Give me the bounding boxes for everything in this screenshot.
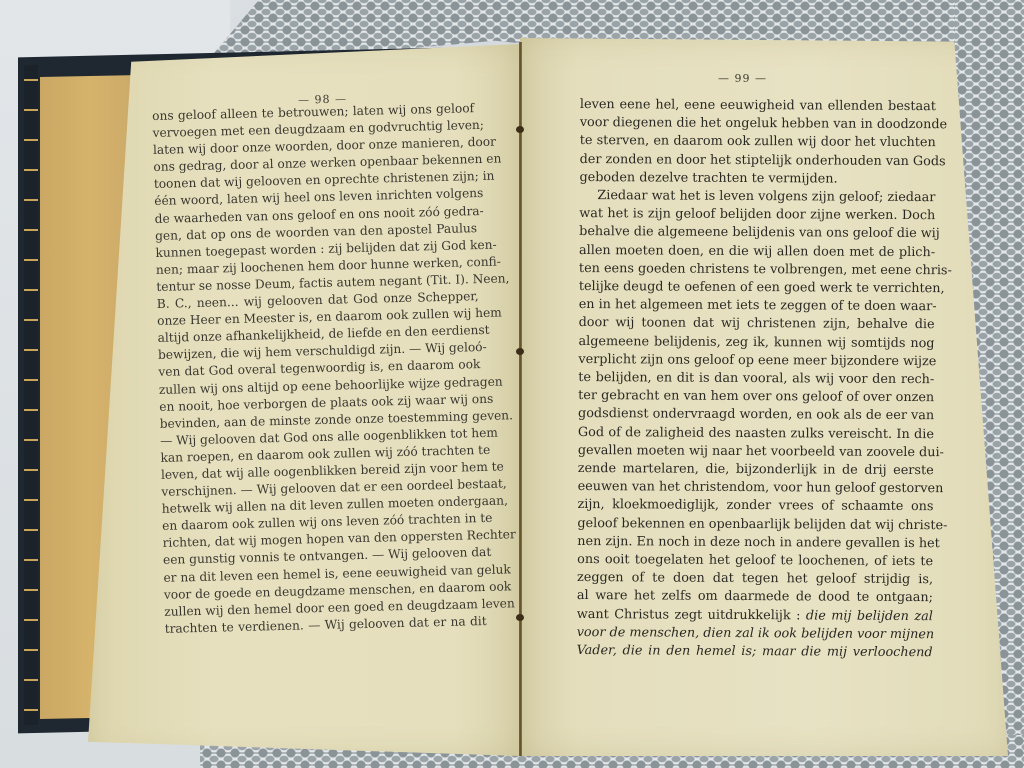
text-line-italic: Vader, die in den hemel is; maar die mij… <box>577 642 933 662</box>
text-line: te belijden, en dit is dan vooral, als w… <box>578 369 934 389</box>
book-gutter <box>519 42 522 756</box>
right-page-text: leven eene hel, eene eeuwigheid van elle… <box>577 96 936 662</box>
text-line: gevallen moeten wij naar het voorbeeld v… <box>578 442 934 462</box>
text-line: geloof bekennen en openbaarlijk belijden… <box>577 515 933 535</box>
quote-italic: die mij belijden zal <box>806 608 933 624</box>
right-page-number: — 99 — <box>718 72 767 85</box>
text-line: verplicht zijn ons geloof op eene meer b… <box>578 351 934 371</box>
text-line: eeuwen van het christendom, voor hun gel… <box>578 478 934 498</box>
quote-intro: want Christus zegt uitdrukkelijk : <box>577 607 806 623</box>
binding-stitch <box>516 348 524 355</box>
left-page-text: ons geloof alleen te betrouwen; laten wi… <box>152 100 487 638</box>
text-line: behalve die algemeene belijdenis van ons… <box>579 223 935 243</box>
text-line: voor diegenen die het ongeluk hebben van… <box>580 114 936 134</box>
text-line: wat het is zijn geloof belijden door zij… <box>579 205 935 225</box>
text-line: telijke deugd te oefenen of een goed wer… <box>579 278 935 298</box>
text-line: godsdienst ondervraagd worden, en ook al… <box>578 405 934 425</box>
text-line: geboden dezelve trachten te vermijden. <box>579 169 935 189</box>
text-line: allen moeten doen, en die wij allen doen… <box>579 242 935 262</box>
text-line: en in het algemeen met iets te zeggen of… <box>579 296 935 316</box>
text-line: algemeene belijdenis, zeg ik, kunnen wij… <box>578 333 934 353</box>
text-line: leven eene hel, eene eeuwigheid van elle… <box>580 96 936 116</box>
binding-stitch <box>516 614 524 621</box>
text-line: zende martelaren, die, bijzonderlijk in … <box>578 460 934 480</box>
binding-stitch <box>516 126 524 133</box>
text-line: te sterven, en daarom ook zullen wij doo… <box>580 132 936 152</box>
text-line: door wij toonen dat wij christenen zijn,… <box>579 314 935 334</box>
text-line: ten eens goeden christens te volbrengen,… <box>579 260 935 280</box>
text-line: Ziedaar wat het is leven volgens zijn ge… <box>579 187 935 207</box>
text-line: ons ooit toegelaten het geloof te looche… <box>577 551 933 571</box>
text-line: ter gebracht en van hem over ons geloof … <box>578 387 934 407</box>
text-line: zeggen of te doen dat tegen het geloof s… <box>577 569 933 589</box>
text-line-italic: voor de menschen, dien zal ik ook belijd… <box>577 624 933 644</box>
text-line: nen zijn. En noch in deze noch in andere… <box>577 533 933 553</box>
text-line: der zonden en door het stiptelijk onderh… <box>580 151 936 171</box>
text-line: zijn, kloekmoediglijk, zonder vrees of s… <box>577 496 933 516</box>
text-line: God of de zaligheid des naasten zulks ve… <box>578 424 934 444</box>
text-line-quote: want Christus zegt uitdrukkelijk : die m… <box>577 606 933 626</box>
text-line: al ware het zelfs om daarmede de dood te… <box>577 587 933 607</box>
